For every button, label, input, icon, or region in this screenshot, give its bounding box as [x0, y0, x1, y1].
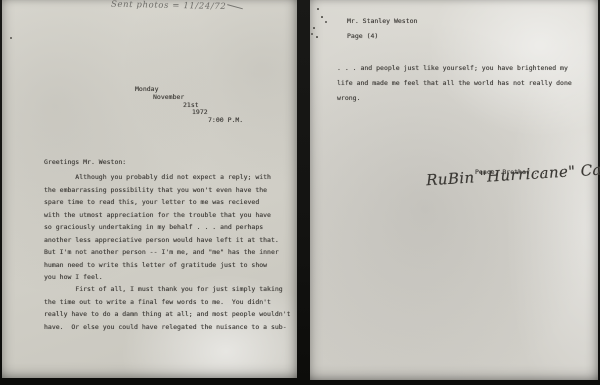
typed-line: . . . and people just like yourself; you… [337, 61, 572, 76]
typed-line: so graciously undertaking in my behalf .… [44, 221, 279, 234]
date-line: 7:00 P.M. [208, 117, 243, 125]
paper-speck [311, 33, 313, 35]
paper-speck [317, 8, 319, 10]
date-block: MondayNovember21st19727:00 P.M. [135, 86, 243, 125]
closing-paragraph: . . . and people just like yourself; you… [337, 61, 572, 106]
typed-line: life and made me feel that all the world… [337, 76, 572, 91]
typed-line: Although you probably did not expect a r… [44, 171, 279, 184]
paper-speck [313, 27, 315, 29]
paper-speck [321, 16, 323, 18]
recipient-line: Mr. Stanley Weston [347, 17, 417, 25]
paragraph-1: Although you probably did not expect a r… [44, 171, 279, 284]
paper-speck [316, 36, 318, 38]
typed-line: the embarrassing possibility that you wo… [44, 184, 279, 197]
typed-line: First of all, I must thank you for just … [44, 283, 291, 296]
paragraph-2: First of all, I must thank you for just … [44, 283, 291, 333]
typed-line: But I'm not another person -- I'm me, an… [44, 246, 279, 259]
typed-line: the time out to write a final few words … [44, 296, 291, 309]
paper-speck [325, 21, 327, 23]
signature-rubin-hurricane-carter: RuBin "Hurricane" Carter [426, 159, 600, 190]
paper-speck [10, 37, 12, 39]
typed-line: really have to do a damn thing at all; a… [44, 308, 291, 321]
typed-line: with the utmost appreciation for the tro… [44, 209, 279, 222]
typed-line: have. Or else you could have relegated t… [44, 321, 291, 334]
photo-of-letter-pages: Sent photos = 11/24/72 MondayNovember21s… [0, 0, 600, 385]
letter-page-3: Sent photos = 11/24/72 MondayNovember21s… [2, 0, 297, 378]
typed-line: wrong. [337, 91, 572, 106]
letter-page-4: Mr. Stanley Weston Page (4) . . . and pe… [310, 0, 598, 380]
typed-line: human need to write this letter of grati… [44, 259, 279, 272]
page-number-line: Page (4) [347, 32, 378, 40]
handwritten-date-note: Sent photos = 11/24/72 [111, 0, 243, 12]
typed-line: another less appreciative person would h… [44, 234, 279, 247]
greeting-line: Greetings Mr. Weston: [44, 158, 126, 166]
typed-line: you how I feel. [44, 271, 279, 284]
typed-line: spare time to read this, your letter to … [44, 196, 279, 209]
date-line: Monday [135, 86, 243, 94]
